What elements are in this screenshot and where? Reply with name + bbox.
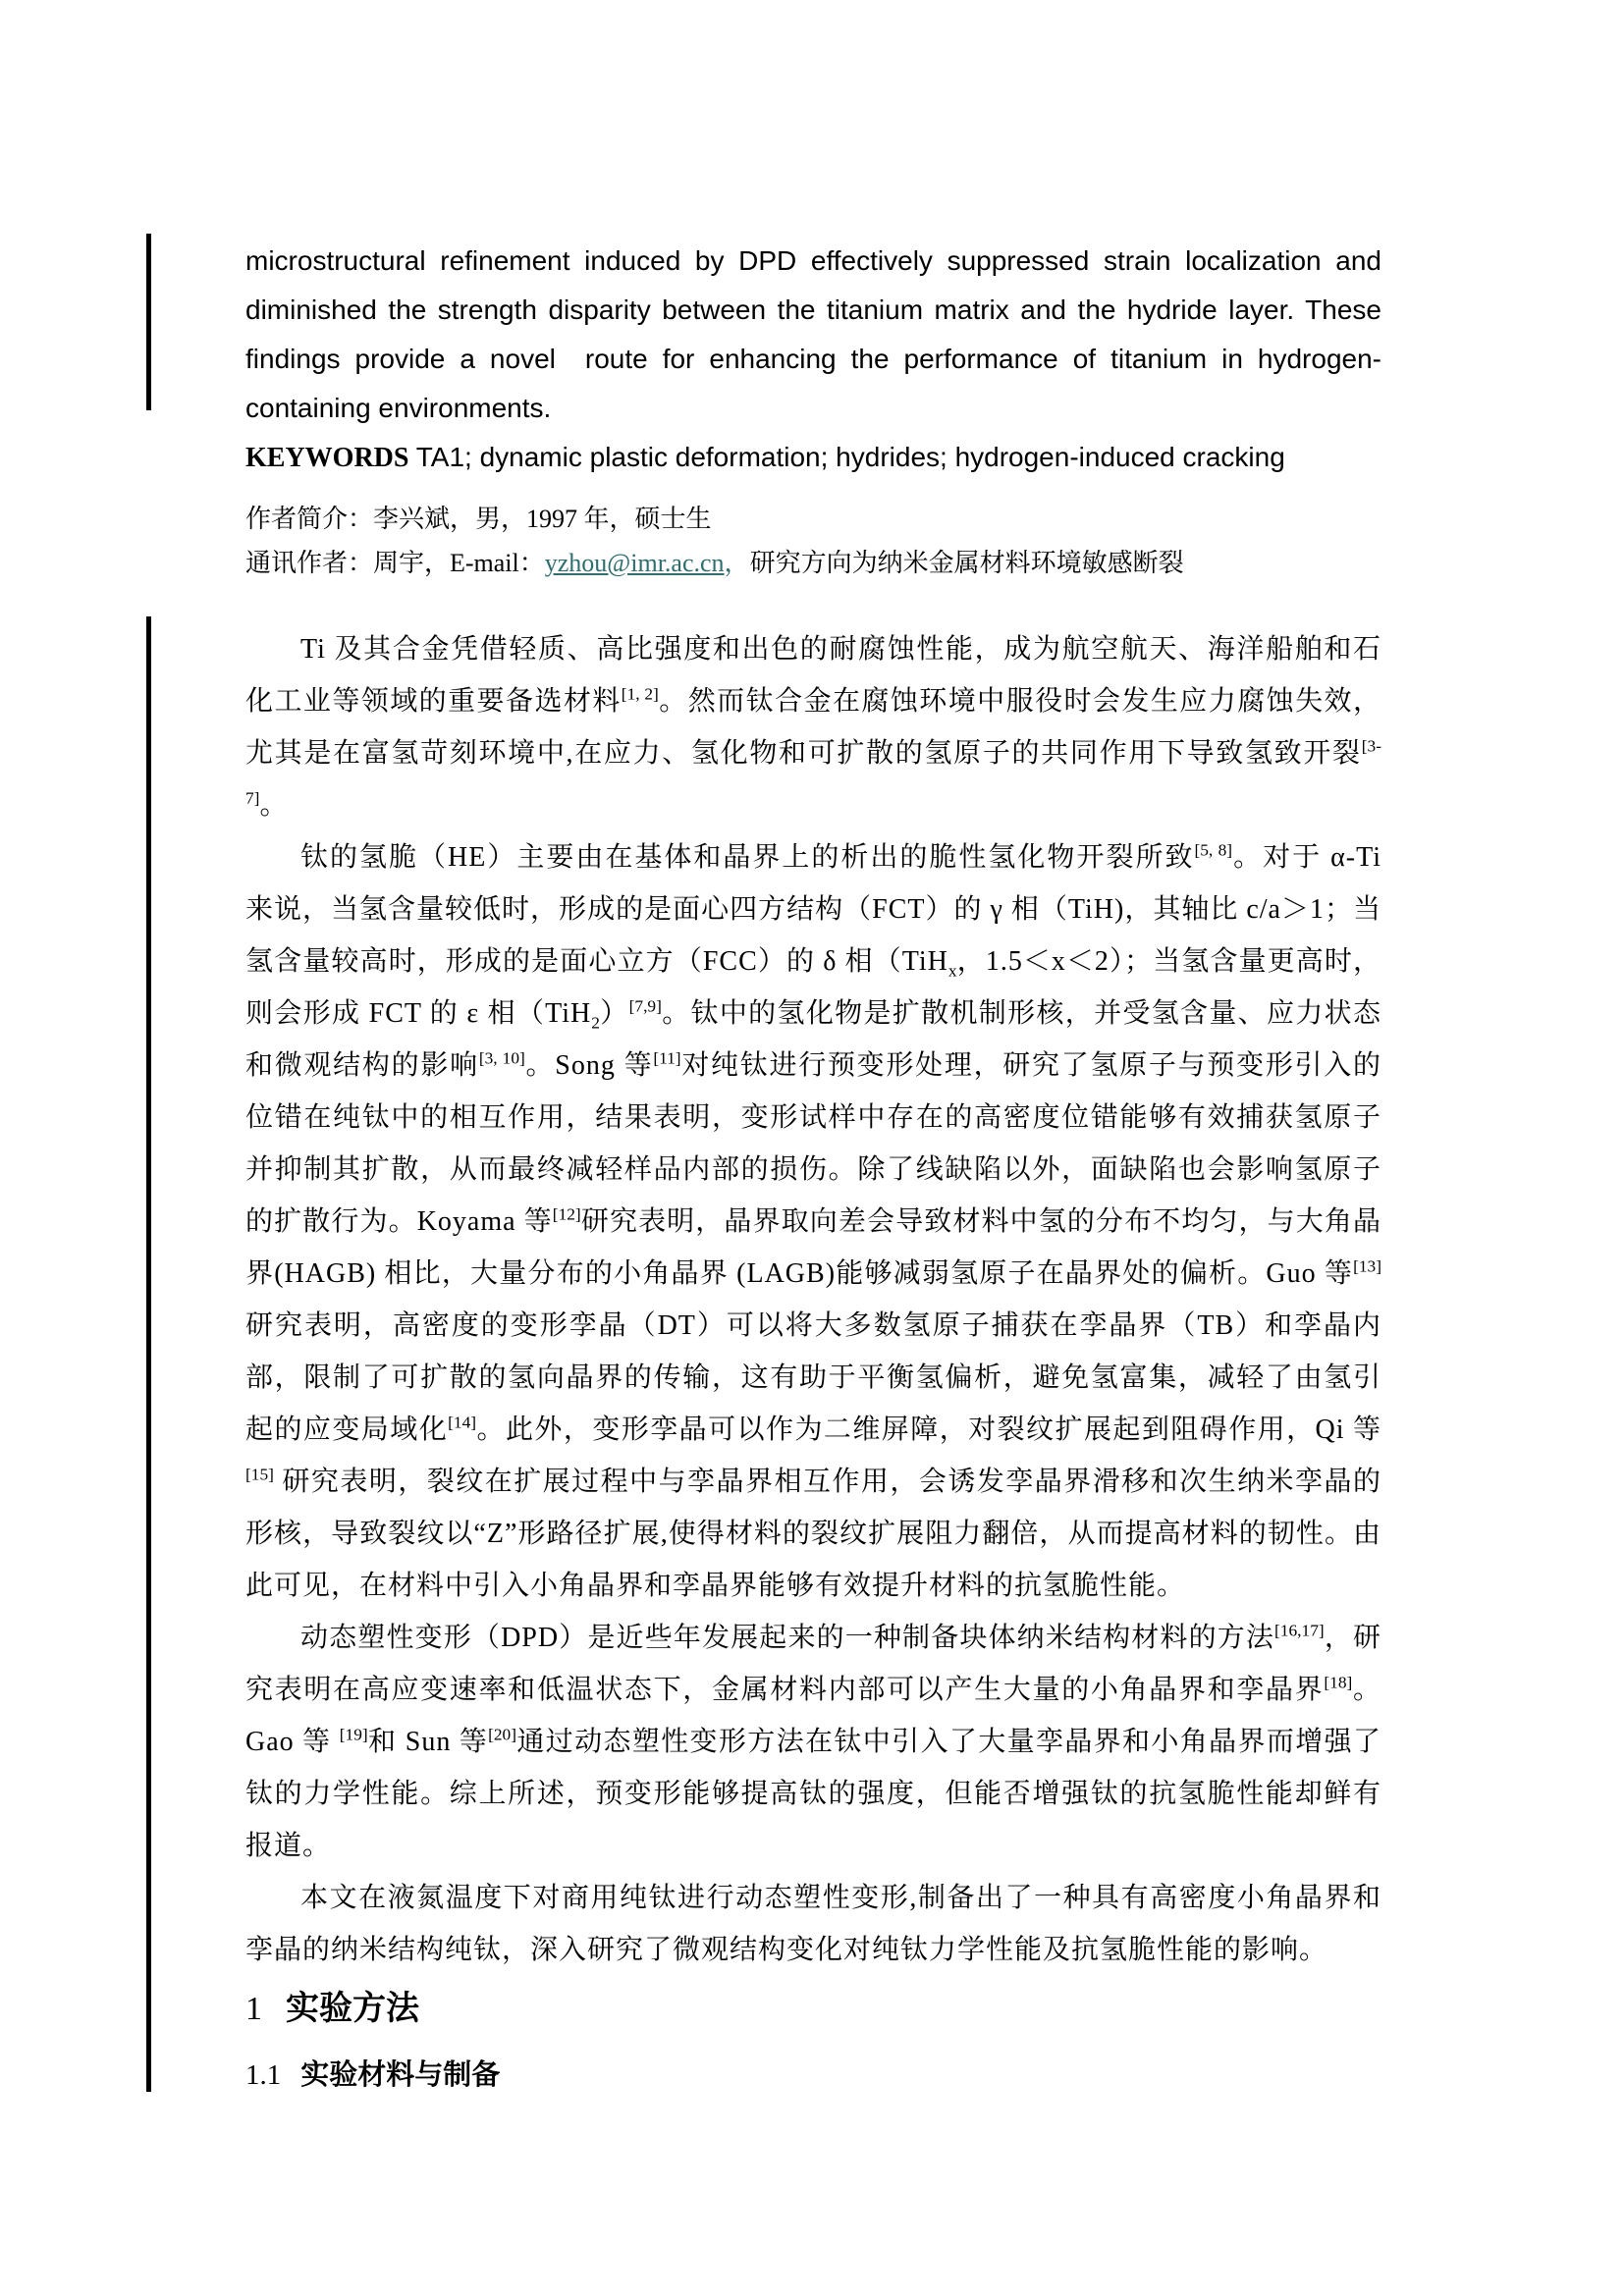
citation-ref: [14] — [448, 1414, 476, 1432]
text-segment: ， — [725, 549, 750, 577]
citation-ref: [7,9] — [629, 997, 662, 1016]
citation-ref: [19] — [340, 1726, 368, 1744]
citation-ref: [20] — [488, 1726, 516, 1744]
keywords-text: TA1; dynamic plastic deformation; hydrid… — [408, 442, 1284, 472]
citation-ref: [1, 2] — [622, 685, 659, 704]
citation-ref: [13] — [1353, 1257, 1381, 1276]
citation-ref: [12] — [553, 1205, 581, 1224]
citation-ref: [5, 8] — [1194, 841, 1232, 860]
text-segment: 。 — [259, 790, 288, 821]
section-heading-experimental-method: 1实验方法 — [245, 1981, 419, 2029]
text-segment: 本文在液氮温度下对商用纯钛进行动态塑性变形,制备出了一种具有高密度小角晶界和孪晶… — [245, 1883, 1381, 1965]
text-segment: 研究方向为纳米金属材料环境敏感断裂 — [750, 549, 1184, 577]
citation-ref: [15] — [245, 1466, 274, 1484]
citation-ref: [11] — [653, 1049, 680, 1068]
citation-ref: [18] — [1324, 1674, 1352, 1692]
text-segment: 钛的氢脆（HE）主要由在基体和晶界上的析出的脆性氢化物开裂所致 — [300, 842, 1194, 873]
paragraph-this-work: 本文在液氮温度下对商用纯钛进行动态塑性变形,制备出了一种具有高密度小角晶界和孪晶… — [245, 1872, 1381, 1976]
corresponding-author-line: 通讯作者：周宇，E-mail：yzhou@imr.ac.cn，研究方向为纳米金属… — [245, 541, 1414, 585]
subsection-heading-materials-preparation: 1.1实验材料与制备 — [245, 2053, 500, 2093]
citation-ref: [3, 10] — [479, 1049, 525, 1068]
author-info-block: 作者简介：李兴斌，男，1997 年，硕士生 通讯作者：周宇，E-mail：yzh… — [245, 497, 1414, 585]
subsection-number: 1.1 — [245, 2059, 281, 2091]
subsection-title: 实验材料与制备 — [300, 2059, 500, 2091]
text-segment: 通讯作者：周宇，E-mail： — [245, 549, 545, 577]
section-title: 实验方法 — [286, 1990, 419, 2027]
author-bio-line: 作者简介：李兴斌，男，1997 年，硕士生 — [245, 497, 1414, 541]
email-link[interactable]: yzhou@imr.ac.cn — [545, 549, 725, 577]
subscript: x — [948, 962, 957, 981]
abstract-english-paragraph: microstructural refinement induced by DP… — [245, 237, 1381, 433]
revision-change-bar — [146, 616, 151, 2092]
text-segment: ） — [600, 998, 629, 1029]
text-segment: 。此外，变形孪晶可以作为二维屏障，对裂纹扩展起到阻碍作用，Qi 等 — [476, 1415, 1381, 1445]
text-segment: 动态塑性变形（DPD）是近些年发展起来的一种制备块体纳米结构材料的方法 — [300, 1623, 1274, 1653]
paragraph-hydrogen-embrittlement: 钛的氢脆（HE）主要由在基体和晶界上的析出的脆性氢化物开裂所致[5, 8]。对于… — [245, 831, 1381, 1612]
text-segment: 研究表明，裂纹在扩展过程中与孪晶界相互作用，会诱发孪晶界滑移和次生纳米孪晶的形核… — [245, 1467, 1381, 1601]
section-number: 1 — [245, 1991, 262, 2027]
citation-ref: [16,17] — [1274, 1622, 1325, 1640]
revision-change-bar — [146, 234, 151, 410]
text-segment: 。Song 等 — [525, 1050, 653, 1081]
subscript: 2 — [591, 1014, 600, 1033]
document-page: microstructural refinement induced by DP… — [0, 0, 1624, 2296]
keywords-line: KEYWORDS TA1; dynamic plastic deformatio… — [245, 433, 1381, 483]
body-text: Ti 及其合金凭借轻质、高比强度和出色的耐腐蚀性能，成为航空航天、海洋船舶和石化… — [245, 623, 1381, 1976]
keywords-label: KEYWORDS — [245, 443, 408, 473]
paragraph-dpd-method: 动态塑性变形（DPD）是近些年发展起来的一种制备块体纳米结构材料的方法[16,1… — [245, 1612, 1381, 1872]
paragraph-intro-ti: Ti 及其合金凭借轻质、高比强度和出色的耐腐蚀性能，成为航空航天、海洋船舶和石化… — [245, 623, 1381, 831]
text-segment: 和 Sun 等 — [368, 1727, 488, 1757]
